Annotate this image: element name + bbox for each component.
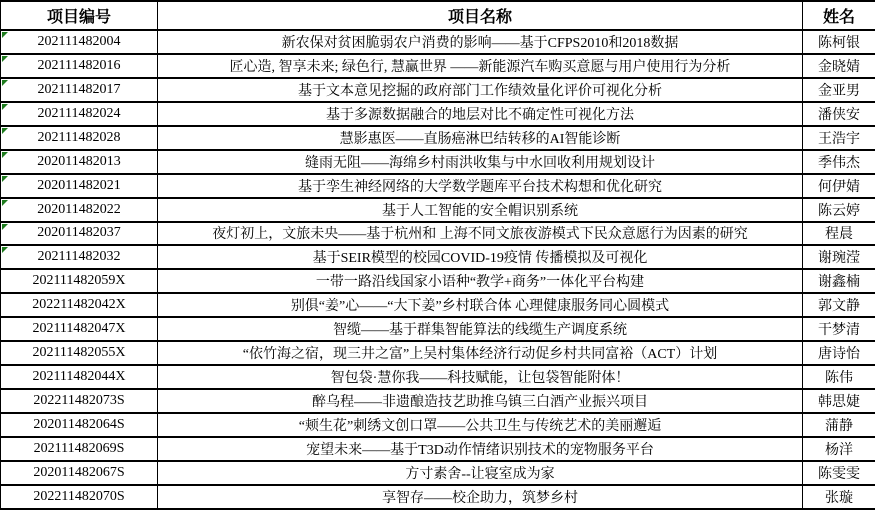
number-as-text-indicator-icon xyxy=(2,200,8,206)
table-body: 202111482004新农保对贫困脆弱农户消费的影响——基于CFPS2010和… xyxy=(1,30,875,509)
student-name-cell[interactable]: 季伟杰 xyxy=(803,150,875,174)
project-id-cell-text: 202111482059X xyxy=(32,273,125,288)
number-as-text-indicator-icon xyxy=(2,104,8,110)
project-id-cell[interactable]: 202211482042X xyxy=(1,293,158,317)
student-name-cell[interactable]: 金晓婧 xyxy=(803,54,875,78)
project-id-cell[interactable]: 202011482021 xyxy=(1,174,158,198)
project-id-cell-text: 202011482021 xyxy=(37,178,120,193)
project-id-cell-text: 202111482028 xyxy=(38,130,121,145)
project-id-cell[interactable]: 202011482022 xyxy=(1,198,158,222)
project-name-cell-text: 慧影惠医——直肠癌淋巴结转移的AI智能诊断 xyxy=(340,132,621,147)
number-as-text-indicator-icon xyxy=(2,247,8,253)
student-name-cell[interactable]: 王浩宇 xyxy=(803,126,875,150)
number-as-text-indicator-icon xyxy=(2,224,8,230)
project-name-cell-text: 匠心造, 智享未来; 绿色行, 慧赢世界 ——新能源汽车购买意愿与用户使用行为分… xyxy=(230,60,731,75)
table-row: 202011482037夜灯初上，文旅未央——基于杭州和 上海不同文旅夜游模式下… xyxy=(1,222,875,246)
project-name-cell-text: 智缆——基于群集智能算法的线缆生产调度系统 xyxy=(333,323,627,338)
project-name-cell[interactable]: 别俱“姜”心——“大下姜”乡村联合体 心理健康服务同心圆模式 xyxy=(158,293,803,317)
student-name-cell-text: 金亚男 xyxy=(818,84,860,99)
project-name-cell[interactable]: 基于SEIR模型的校园COVID-19疫情 传播模拟及可视化 xyxy=(158,245,803,269)
project-name-cell-text: 基于文本意见挖掘的政府部门工作绩效量化评价可视化分析 xyxy=(298,84,662,99)
student-name-cell[interactable]: 蒲静 xyxy=(803,413,875,437)
student-name-cell[interactable]: 张璇 xyxy=(803,485,875,509)
student-name-cell[interactable]: 唐诗怡 xyxy=(803,341,875,365)
header-row: 项目编号 项目名称 姓名 xyxy=(1,1,875,30)
table-row: 202111482044X智包袋·慧你我——科技赋能，让包袋智能附体！陈伟 xyxy=(1,365,875,389)
student-name-cell-text: 唐诗怡 xyxy=(818,347,860,362)
project-name-cell-text: 基于孪生神经网络的大学数学题库平台技术构想和优化研究 xyxy=(298,180,662,195)
project-id-cell-text: 202011482022 xyxy=(37,202,120,217)
number-as-text-indicator-icon xyxy=(2,56,8,62)
table-row: 202111482055X“依竹海之宿，现三井之富”上吴村集体经济行动促乡村共同… xyxy=(1,341,875,365)
project-id-cell[interactable]: 202111482032 xyxy=(1,245,158,269)
column-header-project-name[interactable]: 项目名称 xyxy=(158,1,803,30)
project-name-cell[interactable]: 宠望未来——基于T3D动作情绪识别技术的宠物服务平台 xyxy=(158,437,803,461)
project-id-cell-text: 202011482064S xyxy=(33,417,124,432)
number-as-text-indicator-icon xyxy=(2,32,8,38)
student-name-cell[interactable]: 陈云婷 xyxy=(803,198,875,222)
student-name-cell-text: 陈伟 xyxy=(825,371,853,386)
student-name-cell[interactable]: 陈柯银 xyxy=(803,30,875,54)
project-id-cell[interactable]: 202211482070S xyxy=(1,485,158,509)
project-name-cell[interactable]: 基于文本意见挖掘的政府部门工作绩效量化评价可视化分析 xyxy=(158,78,803,102)
projects-table: 项目编号 项目名称 姓名 202111482004新农保对贫困脆弱农户消费的影响… xyxy=(0,0,875,510)
student-name-cell[interactable]: 谢琬滢 xyxy=(803,245,875,269)
project-id-cell[interactable]: 202011482064S xyxy=(1,413,158,437)
table-row: 202111482017基于文本意见挖掘的政府部门工作绩效量化评价可视化分析金亚… xyxy=(1,78,875,102)
project-name-cell[interactable]: “依竹海之宿，现三井之富”上吴村集体经济行动促乡村共同富裕（ACT）计划 xyxy=(158,341,803,365)
table-row: 202011482064S“颊生花”刺绣文创口罩——公共卫生与传统艺术的美丽邂逅… xyxy=(1,413,875,437)
project-name-cell-text: 夜灯初上，文旅未央——基于杭州和 上海不同文旅夜游模式下民众意愿行为因素的研究 xyxy=(212,227,748,242)
student-name-cell[interactable]: 程晨 xyxy=(803,222,875,246)
project-id-cell[interactable]: 202011482013 xyxy=(1,150,158,174)
student-name-cell[interactable]: 潘侠安 xyxy=(803,102,875,126)
table-row: 202111482024基于多源数据融合的地层对比不确定性可视化方法潘侠安 xyxy=(1,102,875,126)
number-as-text-indicator-icon xyxy=(2,80,8,86)
project-name-cell[interactable]: 基于孪生神经网络的大学数学题库平台技术构想和优化研究 xyxy=(158,174,803,198)
project-id-cell[interactable]: 202111482044X xyxy=(1,365,158,389)
student-name-cell-text: 杨洋 xyxy=(825,443,853,458)
project-id-cell-text: 202111482044X xyxy=(32,369,125,384)
table-row: 202111482016匠心造, 智享未来; 绿色行, 慧赢世界 ——新能源汽车… xyxy=(1,54,875,78)
project-name-cell-text: 基于SEIR模型的校园COVID-19疫情 传播模拟及可视化 xyxy=(313,251,648,266)
table-row: 202111482032基于SEIR模型的校园COVID-19疫情 传播模拟及可… xyxy=(1,245,875,269)
number-as-text-indicator-icon xyxy=(2,152,8,158)
project-id-cell[interactable]: 202111482028 xyxy=(1,126,158,150)
student-name-cell[interactable]: 郭文静 xyxy=(803,293,875,317)
project-id-cell-text: 202111482017 xyxy=(38,82,121,97)
project-id-cell-text: 202111482032 xyxy=(38,249,121,264)
table-row: 202011482021基于孪生神经网络的大学数学题库平台技术构想和优化研究何伊… xyxy=(1,174,875,198)
project-name-cell[interactable]: 智缆——基于群集智能算法的线缆生产调度系统 xyxy=(158,317,803,341)
project-name-cell-text: 方寸素舍--让寝室成为家 xyxy=(405,467,554,482)
student-name-cell-text: 陈柯银 xyxy=(818,36,860,51)
project-name-cell-text: 缝雨无阻——海绵乡村雨洪收集与中水回收利用规划设计 xyxy=(305,156,655,171)
table-row: 202111482069S宠望未来——基于T3D动作情绪识别技术的宠物服务平台杨… xyxy=(1,437,875,461)
project-id-cell[interactable]: 202111482017 xyxy=(1,78,158,102)
table-row: 202111482047X智缆——基于群集智能算法的线缆生产调度系统干梦清 xyxy=(1,317,875,341)
student-name-cell-text: 季伟杰 xyxy=(818,156,860,171)
project-id-cell-text: 202211482042X xyxy=(32,297,126,312)
project-name-cell-text: “依竹海之宿，现三井之富”上吴村集体经济行动促乡村共同富裕（ACT）计划 xyxy=(243,347,717,362)
project-name-cell-text: 智包袋·慧你我——科技赋能，让包袋智能附体！ xyxy=(331,371,630,386)
table-row: 202211482070S享智存——校企助力，筑梦乡村张璇 xyxy=(1,485,875,509)
table-row: 202011482022基于人工智能的安全帽识别系统陈云婷 xyxy=(1,198,875,222)
project-id-cell[interactable]: 202111482047X xyxy=(1,317,158,341)
column-header-project-id[interactable]: 项目编号 xyxy=(1,1,158,30)
student-name-cell-text: 金晓婧 xyxy=(818,60,860,75)
student-name-cell[interactable]: 何伊婧 xyxy=(803,174,875,198)
table-row: 202211482042X别俱“姜”心——“大下姜”乡村联合体 心理健康服务同心… xyxy=(1,293,875,317)
project-name-cell[interactable]: 醉乌程——非遗酿造技艺助推乌镇三白酒产业振兴项目 xyxy=(158,389,803,413)
project-name-cell-text: 一带一路沿线国家小语种“教学+商务”一体化平台构建 xyxy=(316,275,644,290)
number-as-text-indicator-icon xyxy=(2,176,8,182)
table-row: 202011482067S方寸素舍--让寝室成为家陈雯雯 xyxy=(1,461,875,485)
table-row: 202211482073S醉乌程——非遗酿造技艺助推乌镇三白酒产业振兴项目韩思婕 xyxy=(1,389,875,413)
student-name-cell[interactable]: 金亚男 xyxy=(803,78,875,102)
project-name-cell[interactable]: 一带一路沿线国家小语种“教学+商务”一体化平台构建 xyxy=(158,269,803,293)
project-id-cell[interactable]: 202111482024 xyxy=(1,102,158,126)
student-name-cell[interactable]: 杨洋 xyxy=(803,437,875,461)
project-name-cell[interactable]: 享智存——校企助力，筑梦乡村 xyxy=(158,485,803,509)
student-name-cell-text: 谢琬滢 xyxy=(818,251,860,266)
project-id-cell[interactable]: 202011482067S xyxy=(1,461,158,485)
project-name-cell[interactable]: 方寸素舍--让寝室成为家 xyxy=(158,461,803,485)
student-name-cell[interactable]: 谢鑫楠 xyxy=(803,269,875,293)
project-id-cell[interactable]: 202211482073S xyxy=(1,389,158,413)
project-name-cell-text: “颊生花”刺绣文创口罩——公共卫生与传统艺术的美丽邂逅 xyxy=(299,419,661,434)
student-name-cell-text: 张璇 xyxy=(825,491,853,506)
project-id-cell[interactable]: 202111482069S xyxy=(1,437,158,461)
project-id-cell-text: 202111482004 xyxy=(38,34,121,49)
project-name-cell-text: 基于人工智能的安全帽识别系统 xyxy=(382,204,578,219)
column-header-student-name[interactable]: 姓名 xyxy=(803,1,875,30)
student-name-cell-text: 干梦清 xyxy=(818,323,860,338)
student-name-cell-text: 程晨 xyxy=(825,227,853,242)
student-name-cell[interactable]: 干梦清 xyxy=(803,317,875,341)
project-name-cell[interactable]: 夜灯初上，文旅未央——基于杭州和 上海不同文旅夜游模式下民众意愿行为因素的研究 xyxy=(158,222,803,246)
project-id-cell-text: 202011482037 xyxy=(37,225,120,240)
project-name-cell[interactable]: 基于多源数据融合的地层对比不确定性可视化方法 xyxy=(158,102,803,126)
project-name-cell-text: 别俱“姜”心——“大下姜”乡村联合体 心理健康服务同心圆模式 xyxy=(291,299,669,314)
student-name-cell-text: 王浩宇 xyxy=(818,132,860,147)
project-name-cell[interactable]: 慧影惠医——直肠癌淋巴结转移的AI智能诊断 xyxy=(158,126,803,150)
student-name-cell-text: 郭文静 xyxy=(818,299,860,314)
student-name-cell[interactable]: 陈雯雯 xyxy=(803,461,875,485)
project-id-cell[interactable]: 202111482016 xyxy=(1,54,158,78)
student-name-cell-text: 陈云婷 xyxy=(818,204,860,219)
project-name-cell[interactable]: 智包袋·慧你我——科技赋能，让包袋智能附体！ xyxy=(158,365,803,389)
table-header: 项目编号 项目名称 姓名 xyxy=(1,1,875,30)
student-name-cell-text: 何伊婧 xyxy=(818,180,860,195)
project-name-cell[interactable]: 基于人工智能的安全帽识别系统 xyxy=(158,198,803,222)
project-id-cell-text: 202111482024 xyxy=(38,106,121,121)
project-id-cell-text: 202111482055X xyxy=(32,345,125,360)
project-name-cell[interactable]: “颊生花”刺绣文创口罩——公共卫生与传统艺术的美丽邂逅 xyxy=(158,413,803,437)
project-id-cell[interactable]: 202111482059X xyxy=(1,269,158,293)
student-name-cell-text: 谢鑫楠 xyxy=(818,275,860,290)
project-name-cell-text: 享智存——校企助力，筑梦乡村 xyxy=(382,491,578,506)
project-name-cell-text: 宠望未来——基于T3D动作情绪识别技术的宠物服务平台 xyxy=(306,443,654,458)
table-row: 202111482004新农保对贫困脆弱农户消费的影响——基于CFPS2010和… xyxy=(1,30,875,54)
project-id-cell-text: 202111482016 xyxy=(38,58,121,73)
project-name-cell[interactable]: 匠心造, 智享未来; 绿色行, 慧赢世界 ——新能源汽车购买意愿与用户使用行为分… xyxy=(158,54,803,78)
student-name-cell-text: 潘侠安 xyxy=(818,108,860,123)
project-id-cell[interactable]: 202111482055X xyxy=(1,341,158,365)
table-row: 202111482059X一带一路沿线国家小语种“教学+商务”一体化平台构建谢鑫… xyxy=(1,269,875,293)
project-id-cell[interactable]: 202111482004 xyxy=(1,30,158,54)
project-name-cell-text: 醉乌程——非遗酿造技艺助推乌镇三白酒产业振兴项目 xyxy=(312,395,648,410)
project-name-cell-text: 新农保对贫困脆弱农户消费的影响——基于CFPS2010和2018数据 xyxy=(282,36,679,51)
project-name-cell-text: 基于多源数据融合的地层对比不确定性可视化方法 xyxy=(326,108,634,123)
project-name-cell[interactable]: 新农保对贫困脆弱农户消费的影响——基于CFPS2010和2018数据 xyxy=(158,30,803,54)
project-id-cell-text: 202011482067S xyxy=(33,465,124,480)
project-id-cell[interactable]: 202011482037 xyxy=(1,222,158,246)
number-as-text-indicator-icon xyxy=(2,128,8,134)
project-id-cell-text: 202011482013 xyxy=(37,154,120,169)
student-name-cell[interactable]: 韩思婕 xyxy=(803,389,875,413)
student-name-cell-text: 韩思婕 xyxy=(818,395,860,410)
project-name-cell[interactable]: 缝雨无阻——海绵乡村雨洪收集与中水回收利用规划设计 xyxy=(158,150,803,174)
student-name-cell[interactable]: 陈伟 xyxy=(803,365,875,389)
project-id-cell-text: 202111482069S xyxy=(34,441,125,456)
student-name-cell-text: 陈雯雯 xyxy=(818,467,860,482)
project-id-cell-text: 202111482047X xyxy=(32,321,125,336)
table-row: 202011482013缝雨无阻——海绵乡村雨洪收集与中水回收利用规划设计季伟杰 xyxy=(1,150,875,174)
student-name-cell-text: 蒲静 xyxy=(825,419,853,434)
table-row: 202111482028慧影惠医——直肠癌淋巴结转移的AI智能诊断王浩宇 xyxy=(1,126,875,150)
project-id-cell-text: 202211482073S xyxy=(33,393,124,408)
project-id-cell-text: 202211482070S xyxy=(33,489,124,504)
